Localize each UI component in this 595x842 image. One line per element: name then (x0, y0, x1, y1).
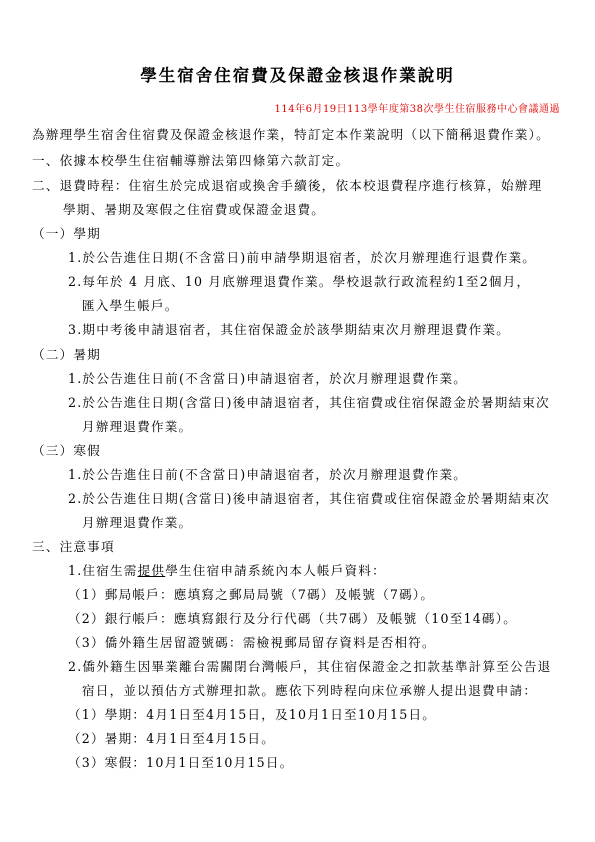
semester-item-2-line-1: 2.每年於 4 月底、10 月底辦理退費作業。學校退款行政流程約1至2個月， (68, 271, 530, 290)
semester-item-3: 3.期中考後申請退宿者，其住宿保證金於該學期結束次月辦理退費作業。 (68, 319, 510, 338)
notes-item-2-sub-1: （1）學期：4月1日至4月15日，及10月1日至10月15日。 (68, 704, 436, 723)
notes-item-1-prefix: 1.住宿生需 (68, 563, 138, 578)
summer-item-2-line-2: 月辦理退費作業。 (82, 416, 192, 435)
winter-item-2-line-1: 2.於公告進住日期(含當日)後申請退宿者，其住宿費或住宿保證金於暑期結束次 (68, 488, 550, 507)
notes-item-1-suffix: 學生住宿申請系統內本人帳戶資料： (165, 563, 386, 578)
section-1: 一、依據本校學生住宿輔導辦法第四條第六款訂定。 (32, 150, 349, 169)
notes-item-2-line-1: 2.僑外籍生因畢業離台需關閉台灣帳戶，其住宿保證金之扣款基準計算至公告退 (68, 656, 551, 675)
semester-item-1: 1.於公告進住日期(不含當日)前申請學期退宿者，於次月辦理進行退費作業。 (68, 247, 536, 266)
notes-item-1-sub-1: （1）郵局帳戶：應填寫之郵局局號（7碼）及帳號（7碼）。 (68, 584, 434, 603)
section-2-line-1: 二、退費時程：住宿生於完成退宿或換舍手續後，依本校退費程序進行核算，始辦理 (32, 175, 542, 194)
winter-item-1: 1.於公告進住日前(不含當日)申請退宿者，於次月辦理退費作業。 (68, 464, 467, 483)
winter-heading: （三）寒假 (32, 440, 101, 459)
notes-item-1-sub-2: （2）銀行帳戶：應填寫銀行及分行代碼（共7碼）及帳號（10至14碼）。 (68, 608, 517, 627)
section-3-heading: 三、注意事項 (32, 536, 115, 555)
notes-item-2-line-2: 宿日，並以預估方式辦理扣款。應依下列時程向床位承辦人提出退費申請： (82, 680, 537, 699)
winter-item-2-line-2: 月辦理退費作業。 (82, 512, 192, 531)
document-title: 學生宿舍住宿費及保證金核退作業說明 (0, 62, 595, 86)
notes-item-2-sub-2: （2）暑期：4月1日至4月15日。 (68, 728, 275, 747)
approval-note: 114年6月19日113學年度第38次學生住宿服務中心會議通過 (275, 100, 561, 115)
notes-item-1-underlined: 提供 (138, 563, 166, 578)
summer-heading: （二）暑期 (32, 344, 101, 363)
notes-item-2-sub-3: （3）寒假：10月1日至10月15日。 (68, 752, 293, 771)
semester-heading: （一）學期 (32, 223, 101, 242)
intro-paragraph: 為辦理學生宿舍住宿費及保證金核退作業，特訂定本作業說明（以下簡稱退費作業）。 (32, 124, 550, 143)
notes-item-1: 1.住宿生需提供學生住宿申請系統內本人帳戶資料： (68, 560, 386, 579)
summer-item-2-line-1: 2.於公告進住日期(含當日)後申請退宿者，其住宿費或住宿保證金於暑期結束次 (68, 392, 550, 411)
summer-item-1: 1.於公告進住日前(不含當日)申請退宿者，於次月辦理退費作業。 (68, 368, 467, 387)
document-page: 學生宿舍住宿費及保證金核退作業說明 114年6月19日113學年度第38次學生住… (0, 0, 595, 842)
notes-item-1-sub-3: （3）僑外籍生居留證號碼：需檢視郵局留存資料是否相符。 (68, 632, 436, 651)
semester-item-2-line-2: 匯入學生帳戶。 (82, 295, 179, 314)
section-2-line-2: 學期、暑期及寒假之住宿費或保證金退費。 (63, 199, 325, 218)
